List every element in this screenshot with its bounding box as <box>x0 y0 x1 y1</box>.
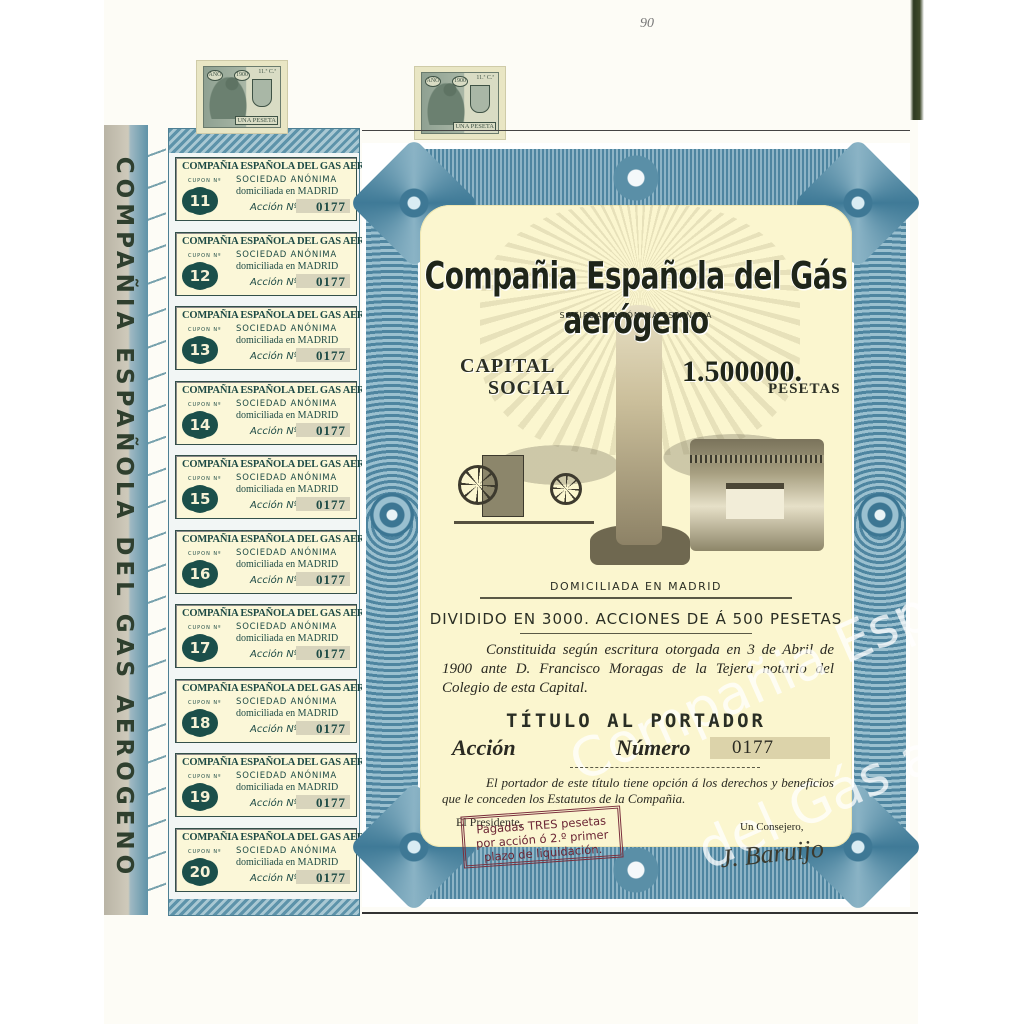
stub-strip-text: COMPAÑIA ESPAÑOLA DEL GAS AEROGENO <box>111 138 137 898</box>
coupon-share-number: 0177 <box>296 795 350 809</box>
coupon-19[interactable]: COMPAÑIA ESPAÑOLA DEL GAS AEROGENO CUPON… <box>175 753 357 817</box>
coupon-domicile: domiciliada en MADRID <box>236 782 338 793</box>
coupon-company-name: COMPAÑIA ESPAÑOLA DEL GAS AEROGENO <box>182 161 354 172</box>
stamp-year: 1900 <box>234 70 250 81</box>
coupon-company-type: SOCIEDAD ANÓNIMA <box>236 473 337 483</box>
coupon-column-border-bottom <box>169 899 359 915</box>
coupon-16[interactable]: COMPAÑIA ESPAÑOLA DEL GAS AEROGENO CUPON… <box>175 530 357 594</box>
vignette-illustration <box>440 405 832 575</box>
coupon-share-label: Acción Nº <box>250 500 298 511</box>
wheel-icon <box>550 473 582 505</box>
coupon-number-badge: 15 <box>186 485 214 513</box>
coupon-share-number: 0177 <box>296 274 350 288</box>
coupon-20[interactable]: COMPAÑIA ESPAÑOLA DEL GAS AEROGENO CUPON… <box>175 828 357 892</box>
leaf-ornament <box>148 140 166 910</box>
coupon-domicile: domiciliada en MADRID <box>236 261 338 272</box>
coupon-share-label: Acción Nº <box>250 202 298 213</box>
medallion-icon <box>370 493 414 537</box>
border-top <box>422 149 850 207</box>
coupon-number-badge: 13 <box>186 336 214 364</box>
coupon-company-type: SOCIEDAD ANÓNIMA <box>236 771 337 781</box>
coupon-domicile: domiciliada en MADRID <box>236 335 338 346</box>
revenue-stamp: AÑO 1900 11.ª C.ª UNA PESETA <box>196 60 288 134</box>
share-certificate: Compañia Española del Gás aerógeno SOCIE… <box>362 143 910 907</box>
rights-text: El portador de este título tiene opción … <box>442 775 834 807</box>
share-number: 0177 <box>732 737 774 759</box>
company-name: Compañia Española del Gás aerógeno <box>420 253 852 342</box>
coupon-share-number: 0177 <box>296 348 350 362</box>
seated-figure-icon <box>426 81 466 125</box>
coupon-label: CUPON Nº <box>188 625 222 631</box>
coupon-12[interactable]: COMPAÑIA ESPAÑOLA DEL GAS AEROGENO CUPON… <box>175 232 357 296</box>
coupon-number-badge: 14 <box>186 411 214 439</box>
coupon-label: CUPON Nº <box>188 178 222 184</box>
capital-label-line: CAPITAL <box>460 355 571 377</box>
coupon-column: COMPAÑIA ESPAÑOLA DEL GAS AEROGENO CUPON… <box>168 128 360 916</box>
stamp-class: 11.ª C.ª <box>258 69 276 75</box>
coupon-number-badge: 11 <box>186 187 214 215</box>
coupon-label: CUPON Nº <box>188 476 222 482</box>
capital-label: CAPITAL SOCIAL <box>460 355 571 399</box>
coupon-company-name: COMPAÑIA ESPAÑOLA DEL GAS AEROGENO <box>182 683 354 694</box>
coupon-domicile: domiciliada en MADRID <box>236 410 338 421</box>
coupon-domicile: domiciliada en MADRID <box>236 857 338 868</box>
coupon-number-badge: 12 <box>186 262 214 290</box>
background-left <box>0 0 104 1024</box>
coupon-15[interactable]: COMPAÑIA ESPAÑOLA DEL GAS AEROGENO CUPON… <box>175 455 357 519</box>
coupon-company-name: COMPAÑIA ESPAÑOLA DEL GAS AEROGENO <box>182 534 354 545</box>
coupon-label: CUPON Nº <box>188 551 222 557</box>
background-right <box>918 0 1024 1024</box>
coupon-number-badge: 19 <box>186 783 214 811</box>
coupon-label: CUPON Nº <box>188 327 222 333</box>
shares-division: DIVIDIDO EN 3000. ACCIONES DE Á 500 PESE… <box>420 610 852 628</box>
coupon-company-type: SOCIEDAD ANÓNIMA <box>236 697 337 707</box>
torn-page-edge <box>910 0 924 120</box>
stamp-ano: AÑO <box>425 76 441 87</box>
coupon-company-name: COMPAÑIA ESPAÑOLA DEL GAS AEROGENO <box>182 310 354 321</box>
coupon-14[interactable]: COMPAÑIA ESPAÑOLA DEL GAS AEROGENO CUPON… <box>175 381 357 445</box>
divider <box>570 767 760 769</box>
capital-currency: PESETAS <box>768 381 841 398</box>
coupon-share-number: 0177 <box>296 199 350 213</box>
medallion-icon <box>858 493 902 537</box>
coupon-domicile: domiciliada en MADRID <box>236 484 338 495</box>
coupon-share-number: 0177 <box>296 646 350 660</box>
gas-machine-icon <box>454 451 594 524</box>
coupon-label: CUPON Nº <box>188 253 222 259</box>
coupon-company-type: SOCIEDAD ANÓNIMA <box>236 250 337 260</box>
coupon-13[interactable]: COMPAÑIA ESPAÑOLA DEL GAS AEROGENO CUPON… <box>175 306 357 370</box>
coupon-company-type: SOCIEDAD ANÓNIMA <box>236 846 337 856</box>
domicile: DOMICILIADA EN MADRID <box>420 580 852 593</box>
coupon-domicile: domiciliada en MADRID <box>236 708 338 719</box>
coupon-company-type: SOCIEDAD ANÓNIMA <box>236 399 337 409</box>
revenue-stamp: AÑO 1900 11.ª C.ª UNA PESETA <box>414 66 506 140</box>
stamp-ano: AÑO <box>207 70 223 81</box>
coupon-domicile: domiciliada en MADRID <box>236 633 338 644</box>
stamp-value: UNA PESETA <box>235 116 278 125</box>
divider <box>520 633 752 634</box>
coat-of-arms-icon <box>252 79 272 107</box>
coupon-domicile: domiciliada en MADRID <box>236 186 338 197</box>
coupon-share-label: Acción Nº <box>250 277 298 288</box>
coupon-label: CUPON Nº <box>188 849 222 855</box>
coupon-share-number: 0177 <box>296 423 350 437</box>
coupon-18[interactable]: COMPAÑIA ESPAÑOLA DEL GAS AEROGENO CUPON… <box>175 679 357 743</box>
coupon-share-label: Acción Nº <box>250 426 298 437</box>
coupon-number-badge: 20 <box>186 858 214 886</box>
wheel-icon <box>458 465 498 505</box>
coupon-company-name: COMPAÑIA ESPAÑOLA DEL GAS AEROGENO <box>182 236 354 247</box>
coupon-company-type: SOCIEDAD ANÓNIMA <box>236 622 337 632</box>
coat-of-arms-icon <box>470 85 490 113</box>
stub-strip: COMPAÑIA ESPAÑOLA DEL GAS AEROGENO <box>104 125 148 915</box>
coupon-number-badge: 17 <box>186 634 214 662</box>
coupon-11[interactable]: COMPAÑIA ESPAÑOLA DEL GAS AEROGENO CUPON… <box>175 157 357 221</box>
coupon-number-badge: 18 <box>186 709 214 737</box>
stamp-class: 11.ª C.ª <box>476 75 494 81</box>
coupon-label: CUPON Nº <box>188 774 222 780</box>
coupon-share-label: Acción Nº <box>250 798 298 809</box>
coupon-company-name: COMPAÑIA ESPAÑOLA DEL GAS AEROGENO <box>182 608 354 619</box>
coupon-17[interactable]: COMPAÑIA ESPAÑOLA DEL GAS AEROGENO CUPON… <box>175 604 357 668</box>
director-label: Un Consejero, <box>740 821 804 833</box>
coupon-company-name: COMPAÑIA ESPAÑOLA DEL GAS AEROGENO <box>182 459 354 470</box>
coupon-share-number: 0177 <box>296 870 350 884</box>
railway-station-icon <box>690 439 824 551</box>
coupon-company-type: SOCIEDAD ANÓNIMA <box>236 548 337 558</box>
share-label: Acción <box>452 735 516 761</box>
coupon-share-label: Acción Nº <box>250 575 298 586</box>
seated-figure-icon <box>208 75 248 119</box>
divider <box>480 597 792 599</box>
capital-label-line: SOCIAL <box>460 377 571 399</box>
coupon-company-name: COMPAÑIA ESPAÑOLA DEL GAS AEROGENO <box>182 832 354 843</box>
number-label: Número <box>616 735 691 761</box>
coupon-company-type: SOCIEDAD ANÓNIMA <box>236 324 337 334</box>
coupon-share-number: 0177 <box>296 721 350 735</box>
company-subtitle: SOCIEDAD ANÓNIMA ESPAÑOLA <box>420 311 852 320</box>
coupon-company-name: COMPAÑIA ESPAÑOLA DEL GAS AEROGENO <box>182 757 354 768</box>
coupon-domicile: domiciliada en MADRID <box>236 559 338 570</box>
coupon-share-label: Acción Nº <box>250 649 298 660</box>
coupon-label: CUPON Nº <box>188 700 222 706</box>
coupon-company-type: SOCIEDAD ANÓNIMA <box>236 175 337 185</box>
certificate-panel: Compañia Española del Gás aerógeno SOCIE… <box>420 205 852 847</box>
bearer-title: TÍTULO AL PORTADOR <box>420 710 852 732</box>
coupon-label: CUPON Nº <box>188 402 222 408</box>
coupon-company-name: COMPAÑIA ESPAÑOLA DEL GAS AEROGENO <box>182 385 354 396</box>
coupon-share-number: 0177 <box>296 497 350 511</box>
coupon-share-number: 0177 <box>296 572 350 586</box>
coupon-share-label: Acción Nº <box>250 873 298 884</box>
coupon-share-label: Acción Nº <box>250 351 298 362</box>
pencil-note: 90 <box>640 16 654 32</box>
divider <box>362 912 918 914</box>
coupon-share-label: Acción Nº <box>250 724 298 735</box>
coupon-number-badge: 16 <box>186 560 214 588</box>
divider <box>362 130 910 131</box>
paid-stamp: Pagadas TRES pesetas por acción ó 2.º pr… <box>460 805 623 868</box>
stamp-year: 1900 <box>452 76 468 87</box>
